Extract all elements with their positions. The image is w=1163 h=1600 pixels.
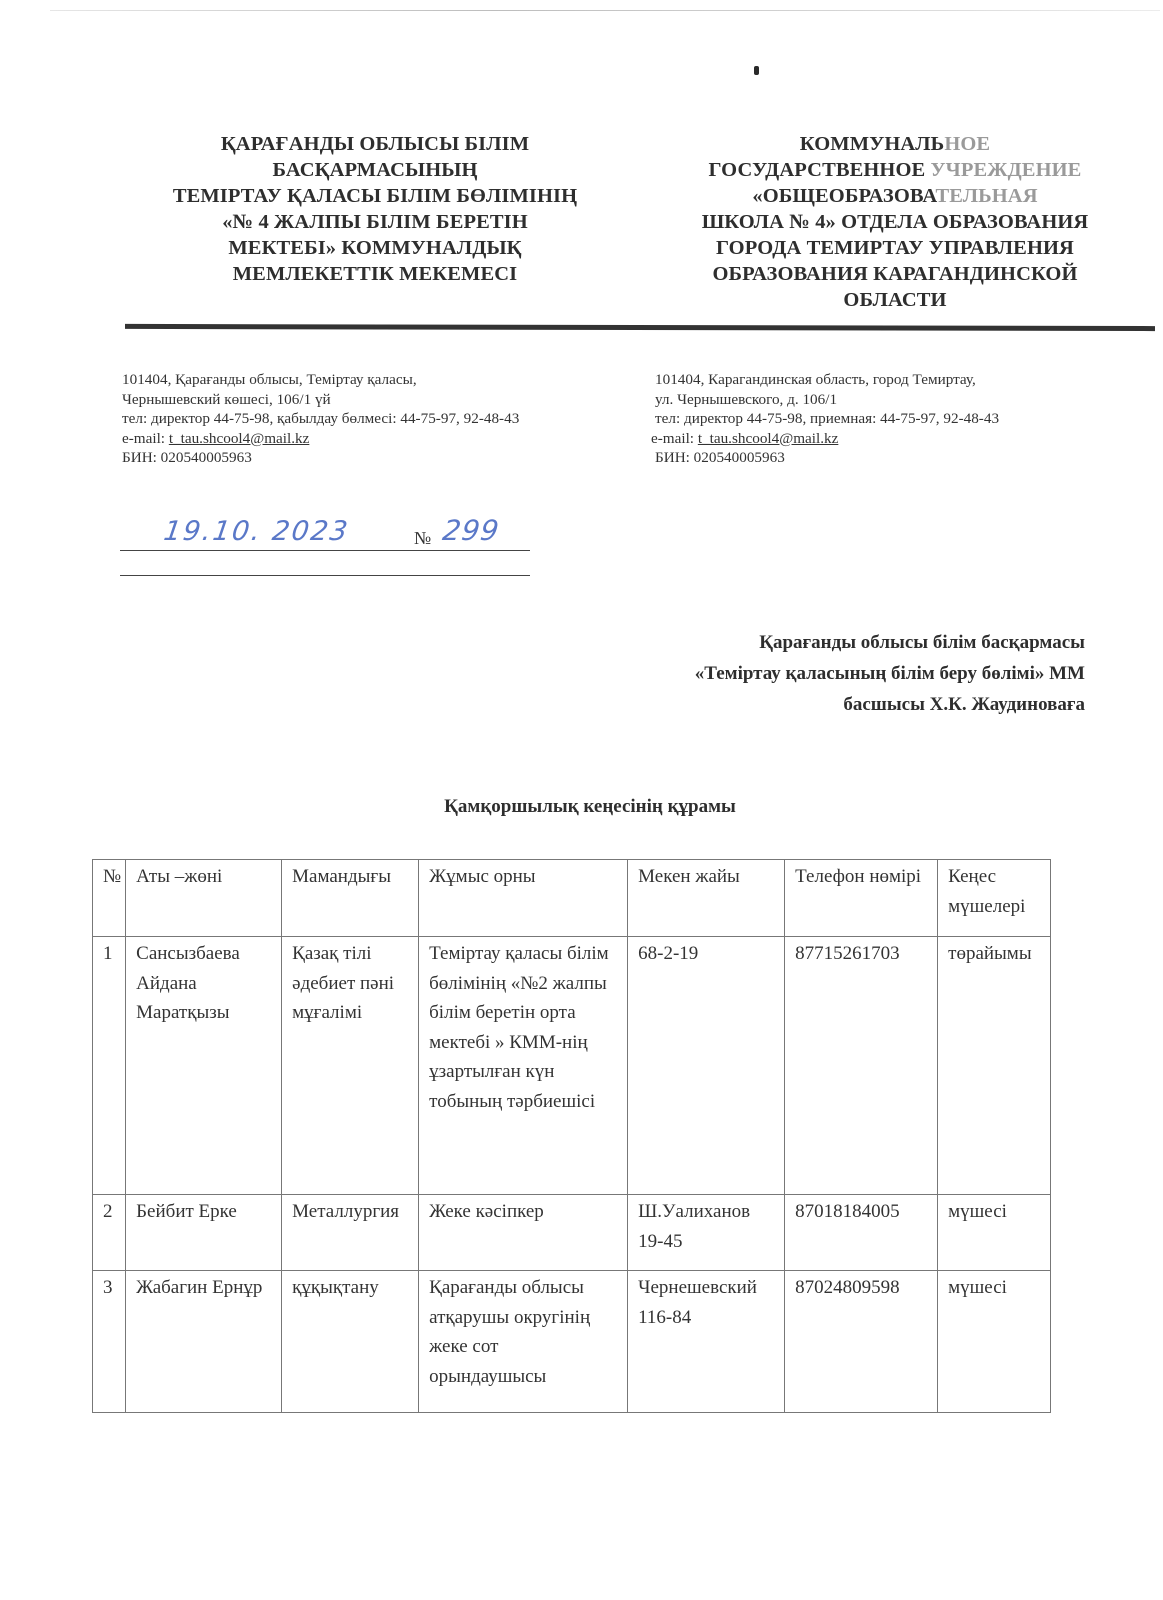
cell-role: мүшесі [938, 1271, 1051, 1413]
cell-name: Бейбит Ерке [126, 1195, 282, 1271]
scan-edge-line [50, 10, 1160, 11]
cell-name: Сансызбаева Айдана Маратқызы [126, 937, 282, 1195]
cell-specialty: Қазақ тілі әдебиет пәні мұғалімі [282, 937, 419, 1195]
text-faded: НОЕ [944, 133, 990, 155]
phone-line: тел: директор 44-75-98, қабылдау бөлмесі… [122, 409, 642, 429]
cell-number: 1 [93, 937, 126, 1195]
letterhead-ru-line: ОБЛАСТИ [665, 287, 1125, 313]
cell-name: Жабагин Ернұр [126, 1271, 282, 1413]
letterhead-ru-line: ОБРАЗОВАНИЯ КАРАГАНДИНСКОЙ [665, 261, 1125, 287]
scan-speck [754, 66, 759, 75]
letterhead-ru-line: ГОСУДАРСТВЕННОЕ УЧРЕЖДЕНИЕ [665, 157, 1125, 183]
document-title: Қамқоршылық кеңесінің құрамы [380, 796, 800, 818]
letterhead-kz-line: МЕКТЕБІ» КОММУНАЛДЫҚ [140, 235, 610, 261]
letterhead-ru-line: КОММУНАЛЬНОЕ [665, 131, 1125, 157]
email-line: e-mail: t_tau.shcool4@mail.kz [651, 429, 1135, 449]
column-header-phone: Телефон нөмірі [785, 860, 938, 937]
cell-number: 2 [93, 1195, 126, 1271]
email-line: e-mail: t_tau.shcool4@mail.kz [122, 429, 642, 449]
recipient-block: Қарағанды облысы білім басқармасы «Темір… [600, 627, 1085, 720]
column-header-specialty: Мамандығы [282, 860, 419, 937]
column-header-name: Аты –жөні [126, 860, 282, 937]
cell-role: төрайымы [938, 937, 1051, 1195]
letterhead-russian: КОММУНАЛЬНОЕ ГОСУДАРСТВЕННОЕ УЧРЕЖДЕНИЕ … [665, 131, 1125, 313]
cell-phone: 87024809598 [785, 1271, 938, 1413]
letterhead-kz-line: ҚАРАҒАНДЫ ОБЛЫСЫ БІЛІМ [140, 131, 610, 157]
cell-specialty: құқықтану [282, 1271, 419, 1413]
recipient-line: басшысы Х.К. Жаудиноваға [600, 689, 1085, 720]
recipient-line: Қарағанды облысы білім басқармасы [600, 627, 1085, 658]
text: ГОСУДАРСТВЕННОЕ [709, 159, 931, 181]
address-line: Чернышевский көшесі, 106/1 үй [122, 390, 642, 410]
address-block-russian: 101404, Карагандинская область, город Те… [655, 370, 1135, 468]
letterhead-divider [125, 324, 1155, 331]
letterhead-ru-line: «ОБЩЕОБРАЗОВАТЕЛЬНАЯ [665, 183, 1125, 209]
text-faded: ТЕЛЬНАЯ [935, 185, 1037, 207]
handwritten-number: 299 [441, 514, 502, 547]
registration-line-2 [120, 575, 530, 576]
number-sign: № [414, 528, 431, 549]
text: КОММУНАЛЬ [800, 133, 945, 155]
letterhead-ru-line: ШКОЛА № 4» ОТДЕЛА ОБРАЗОВАНИЯ [665, 209, 1125, 235]
cell-address: 68-2-19 [628, 937, 785, 1195]
cell-address: Чернешевский 116-84 [628, 1271, 785, 1413]
letterhead-kazakh: ҚАРАҒАНДЫ ОБЛЫСЫ БІЛІМ БАСҚАРМАСЫНЫҢ ТЕМ… [140, 131, 610, 287]
cell-phone: 87018184005 [785, 1195, 938, 1271]
letterhead-ru-line: ГОРОДА ТЕМИРТАУ УПРАВЛЕНИЯ [665, 235, 1125, 261]
email-link[interactable]: t_tau.shcool4@mail.kz [698, 430, 839, 447]
cell-number: 3 [93, 1271, 126, 1413]
address-line: 101404, Карагандинская область, город Те… [655, 370, 1135, 390]
cell-address: Ш.Уалиханов 19-45 [628, 1195, 785, 1271]
column-header-workplace: Жұмыс орны [419, 860, 628, 937]
text: «ОБЩЕОБРАЗОВА [752, 185, 935, 207]
cell-phone: 87715261703 [785, 937, 938, 1195]
handwritten-date: 19.10. 2023 [162, 516, 352, 547]
table-header-row: № Аты –жөні Мамандығы Жұмыс орны Мекен ж… [93, 860, 1051, 937]
letterhead-kz-line: МЕМЛЕКЕТТІК МЕКЕМЕСІ [140, 261, 610, 287]
address-line: 101404, Қарағанды облысы, Теміртау қалас… [122, 370, 642, 390]
letterhead-kz-line: ТЕМІРТАУ ҚАЛАСЫ БІЛІМ БӨЛІМІНІҢ [140, 183, 610, 209]
text-faded: УЧРЕЖДЕНИЕ [931, 159, 1082, 181]
email-label: e-mail: [651, 430, 698, 447]
column-header-number: № [93, 860, 126, 937]
letterhead-kz-line: «№ 4 ЖАЛПЫ БІЛІМ БЕРЕТІН [140, 209, 610, 235]
cell-specialty: Металлургия [282, 1195, 419, 1271]
cell-workplace: Жеке кәсіпкер [419, 1195, 628, 1271]
address-block-kazakh: 101404, Қарағанды облысы, Теміртау қалас… [122, 370, 642, 468]
email-label: e-mail: [122, 430, 169, 447]
column-header-role: Кеңес мүшелері [938, 860, 1051, 937]
bin-line: БИН: 020540005963 [122, 448, 642, 468]
cell-role: мүшесі [938, 1195, 1051, 1271]
bin-line: БИН: 020540005963 [655, 448, 1135, 468]
table-row: 3 Жабагин Ернұр құқықтану Қарағанды облы… [93, 1271, 1051, 1413]
table-row: 1 Сансызбаева Айдана Маратқызы Қазақ тіл… [93, 937, 1051, 1195]
phone-line: тел: директор 44-75-98, приемная: 44-75-… [655, 409, 1135, 429]
table-row: 2 Бейбит Ерке Металлургия Жеке кәсіпкер … [93, 1195, 1051, 1271]
column-header-address: Мекен жайы [628, 860, 785, 937]
recipient-line: «Теміртау қаласының білім беру бөлімі» М… [600, 658, 1085, 689]
cell-workplace: Теміртау қаласы білім бөлімінің «№2 жалп… [419, 937, 628, 1195]
cell-workplace: Қарағанды облысы атқарушы округінің жеке… [419, 1271, 628, 1413]
email-link[interactable]: t_tau.shcool4@mail.kz [169, 430, 310, 447]
letterhead-kz-line: БАСҚАРМАСЫНЫҢ [140, 157, 610, 183]
address-line: ул. Чернышевского, д. 106/1 [655, 390, 1135, 410]
council-members-table: № Аты –жөні Мамандығы Жұмыс орны Мекен ж… [92, 859, 1051, 1413]
